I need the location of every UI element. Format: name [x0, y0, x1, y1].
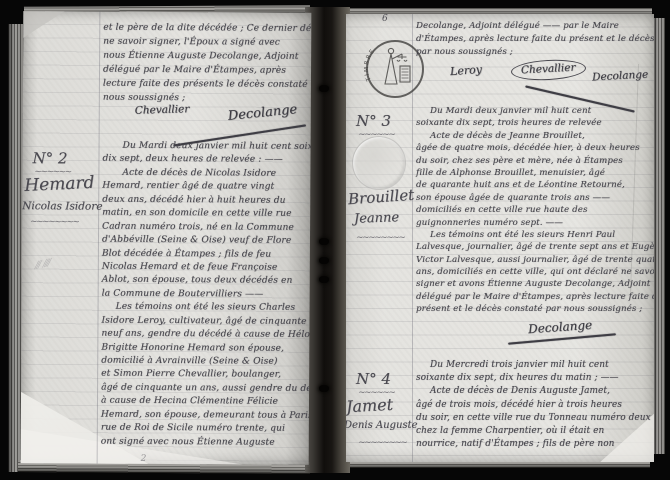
- handwritten-line: deux ans, décédé hier à huit heures du: [102, 193, 308, 208]
- left-page: et le père de la dite décédée ; Ce derni…: [21, 11, 312, 465]
- act-4-text: Du Mercredi trois janvier mil huit cent …: [416, 359, 652, 451]
- handwritten-line: Cadran numéro trois, né en la Commune: [102, 220, 308, 235]
- handwritten-line: Les témoins ont été les sieurs Charles: [102, 301, 308, 316]
- handwritten-line: Victor Lalvesque, aussi journalier, âgé …: [416, 254, 652, 266]
- right-page: 6 TIMBRE Decolange, Adj: [346, 14, 654, 462]
- handwritten-line: Isidore Leroy, cultivateur, âgé de cinqu…: [101, 314, 307, 329]
- signature-chevallier: Chevallier: [135, 103, 190, 117]
- act-subname-margin: Nicolas Isidore: [22, 200, 102, 212]
- act-number-margin: N° 3: [356, 112, 391, 130]
- handwritten-line: Du Mardi deux janvier mil huit cent soix…: [103, 140, 309, 155]
- handwritten-line: soixante dix sept, trois heures de relev…: [416, 117, 652, 129]
- handwritten-line: du soir, chez ses père et mère, née à Ét…: [416, 155, 652, 167]
- handwritten-line: ont signé avec nous Étienne Auguste: [101, 435, 307, 450]
- handwritten-line: ne savoir signer, l'Époux a signé avec: [103, 35, 305, 50]
- act-number-margin: N° 4: [356, 370, 391, 388]
- act-3-text: Du Mardi deux janvier mil huit cent soix…: [416, 105, 652, 316]
- corner-fold-top-left: [21, 11, 67, 39]
- squiggle-underline: ∼∼∼∼∼∼∼∼: [358, 438, 406, 448]
- margin-rule-left-page: [97, 12, 101, 464]
- handwritten-line: nourrice, natif d'Étampes ; fils de père…: [416, 438, 652, 451]
- handwritten-line: soixante dix sept, dix heures du matin ;…: [416, 372, 652, 385]
- signature-chevallier-circled: Chevallier: [511, 58, 586, 82]
- handwritten-line: âgée de quatre mois, décédée hier, à deu…: [416, 142, 652, 154]
- squiggle-underline: ∼∼∼∼∼∼∼∼: [356, 233, 404, 243]
- binding-stitch: [319, 257, 329, 264]
- handwritten-line: d'Abbéville (Seine & Oise) veuf de Flore: [102, 234, 308, 249]
- handwritten-line: Acte de décès de Nicolas Isidore: [102, 166, 308, 181]
- left-page-number: 2: [141, 454, 147, 464]
- right-page-number: 6: [382, 14, 388, 24]
- signature-leroy: Leroy: [450, 63, 483, 78]
- handwritten-line: délégué par le Maire d'Étampes, après le…: [416, 291, 652, 303]
- handwritten-line: chez la femme Charpentier, où il était e…: [416, 425, 652, 438]
- signature-decolange: Decolange: [528, 318, 593, 336]
- embossed-blind-seal: [352, 136, 406, 190]
- handwritten-line: ans, domiciliés en cette ville, qui ont …: [416, 266, 652, 278]
- handwritten-line: nous Étienne Auguste Decolange, Adjoint: [103, 49, 305, 64]
- squiggle-underline: ∼∼∼∼∼∼∼∼: [30, 217, 78, 227]
- register-scan: et le père de la dite décédée ; Ce derni…: [0, 0, 670, 480]
- act-subname-margin: Denis Auguste: [346, 420, 417, 431]
- handwritten-line: par nous soussignés ;: [416, 46, 650, 59]
- act-name-margin: Jamet: [346, 395, 393, 416]
- handwritten-line: matin, en son domicile en cette ville ru…: [102, 207, 308, 222]
- handwritten-line: Brigitte Honorine Hemard son épouse,: [101, 341, 307, 356]
- signature-decolange: Decolange: [592, 69, 649, 84]
- handwritten-line: Acte de décès de Denis Auguste Jamet,: [416, 385, 652, 398]
- handwritten-line: Blot décédée à Étampes ; fils de feu: [102, 247, 308, 262]
- binding-stitch: [319, 385, 329, 392]
- handwritten-line: âgé de trois mois, décédé hier à trois h…: [416, 399, 652, 412]
- handwritten-line: Decolange, Adjoint délégué —— par le Mai…: [416, 20, 650, 33]
- binding-stitch: [319, 85, 329, 92]
- handwritten-line: délégué par le Maire d'Étampes, après: [103, 63, 305, 78]
- handwritten-line: et le père de la dite décédée ; Ce derni…: [103, 21, 305, 36]
- act-1-closing-text: et le père de la dite décédée ; Ce derni…: [103, 21, 306, 106]
- stamp-border-circle: [367, 41, 423, 97]
- handwritten-line: présent et le décès constaté par nous so…: [416, 303, 652, 315]
- act-number-margin: N° 2: [32, 149, 67, 167]
- act-name-margin: Hemard: [24, 173, 95, 196]
- handwritten-line: son épouse âgée de quarante trois ans ——: [416, 192, 652, 204]
- handwritten-line: Nicolas Hemard et de feue Françoise: [102, 261, 308, 276]
- handwritten-line: Hemard, son épouse, demeurant tous à Par…: [101, 408, 307, 423]
- handwritten-line: guignonneries numéro sept. ——: [416, 217, 652, 229]
- handwritten-line: domiciliés en cette ville rue haute des: [416, 204, 652, 216]
- handwritten-line: d'Étampes, après lecture faite du présen…: [416, 33, 650, 46]
- handwritten-line: Hemard, rentier âgé de quatre vingt: [102, 180, 308, 195]
- act-2-text: Du Mardi deux janvier mil huit cent soix…: [101, 140, 309, 450]
- signature-decolange: Decolange: [227, 102, 298, 124]
- handwritten-line: Lalvesque, journalier, âgé de trente sep…: [416, 241, 652, 253]
- ink-bleed-marks: ⁄⁄⁄ ⁄⁄⁄⁄: [35, 258, 52, 272]
- handwritten-line: dix sept, deux heures de relevée : ——: [102, 153, 308, 168]
- signature-flourish: [508, 333, 616, 344]
- handwritten-line: la Commune de Boutervilliers ——: [102, 287, 308, 302]
- act-2-closing-text: Decolange, Adjoint délégué —— par le Mai…: [416, 20, 650, 59]
- binding-stitch: [319, 238, 329, 245]
- handwritten-line: Les témoins ont été les sieurs Henri Pau…: [416, 229, 652, 241]
- handwritten-line: et Simon Pierre Chevallier, boulanger,: [101, 368, 307, 383]
- handwritten-line: de quarante huit ans et de Léontine Reto…: [416, 179, 652, 191]
- binding-stitch: [319, 276, 329, 283]
- handwritten-line: Acte de décès de Jeanne Brouillet,: [416, 130, 652, 142]
- handwritten-line: signer et avons Étienne Auguste Decolang…: [416, 278, 652, 290]
- act-name-margin: Brouillet: [347, 186, 414, 209]
- handwritten-line: Du Mercredi trois janvier mil huit cent: [416, 359, 652, 372]
- handwritten-line: neuf ans, gendre du décédé à cause de Hé…: [101, 328, 307, 343]
- handwritten-line: Du Mardi deux janvier mil huit cent: [416, 105, 652, 117]
- handwritten-line: rue de Roi de Sicile numéro trente, qui: [101, 422, 307, 437]
- handwritten-line: du soir, en cette ville rue du Tonneau n…: [416, 412, 652, 425]
- handwritten-line: lecture faite des présents le décès cons…: [103, 77, 305, 92]
- handwritten-line: âgé de cinquante un ans, aussi gendre du…: [101, 381, 307, 396]
- handwritten-line: fille de Alphonse Brouillet, menuisier, …: [416, 167, 652, 179]
- handwritten-line: à cause de Hecina Clémentine Félicie: [101, 395, 307, 410]
- handwritten-line: Ablot, son épouse, tous deux décédés en: [102, 274, 308, 289]
- handwritten-line: domicilié à Avrainville (Seine & Oise): [101, 355, 307, 370]
- act-subname-margin: Jeanne: [354, 210, 400, 227]
- book-spine-gutter: [305, 7, 350, 473]
